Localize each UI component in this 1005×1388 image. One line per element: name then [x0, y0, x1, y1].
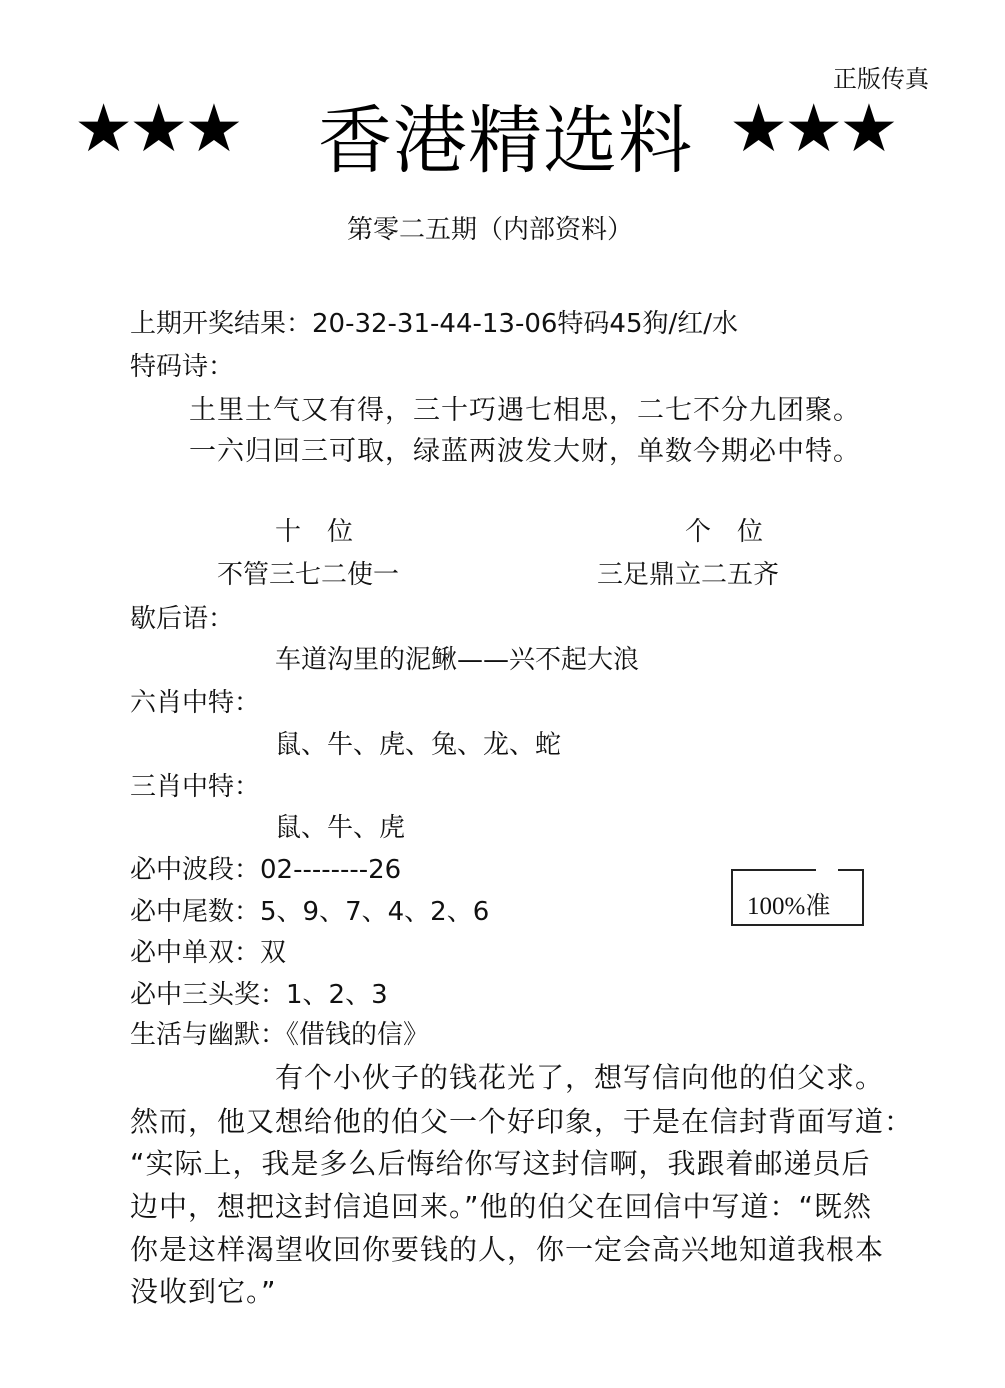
top3-pick: 必中三头奖：1、2、3 — [130, 982, 388, 1008]
poem-line-2: 一六归回三可取，绿蓝两波发大财，单数今期必中特。 — [189, 438, 861, 465]
tail-pick: 必中尾数：5、9、7、4、2、6 — [130, 899, 489, 925]
poem-line-1: 土里土气又有得，三十巧遇七相思，二七不分九团聚。 — [189, 397, 861, 424]
accuracy-badge-text: 100%准 — [747, 894, 830, 919]
story-line-4: 边中，想把这封信追回来。”他的伯父在回信中写道：“既然 — [130, 1193, 872, 1221]
issue-subtitle: 第零二五期（内部资料） — [347, 217, 633, 243]
units-label: 个 位 — [685, 519, 763, 545]
xiehouyu-label: 歇后语： — [130, 606, 234, 632]
last-draw-result: 上期开奖结果：20-32-31-44-13-06特码45狗/红/水 — [130, 311, 738, 337]
xiehouyu-text: 车道沟里的泥鳅——兴不起大浪 — [275, 647, 639, 673]
six-zodiac-label: 六肖中特： — [130, 690, 260, 716]
story-line-3: “实际上，我是多么后悔给你写这封信啊，我跟着邮递员后 — [130, 1150, 871, 1178]
three-zodiac-values: 鼠、牛、虎 — [275, 815, 405, 841]
story-line-5: 你是这样渴望收回你要钱的人，你一定会高兴地知道我根本 — [130, 1236, 884, 1264]
tens-label: 十 位 — [275, 519, 353, 545]
wave-pick: 必中波段：02--------26 — [130, 857, 401, 883]
odd-even-pick: 必中单双：双 — [130, 940, 286, 966]
humor-title: 生活与幽默：《借钱的信》 — [130, 1022, 429, 1048]
accuracy-badge: 100%准 — [731, 869, 864, 926]
stars-left-icon: ★★★ — [74, 96, 240, 162]
six-zodiac-values: 鼠、牛、虎、兔、龙、蛇 — [275, 732, 561, 758]
three-zodiac-label: 三肖中特： — [130, 774, 260, 800]
story-line-2: 然而，他又想给他的伯父一个好印象，于是在信封背面写道： — [130, 1108, 913, 1136]
units-hint: 三足鼎立二五齐 — [597, 562, 779, 588]
stars-right-icon: ★★★ — [729, 96, 895, 162]
story-line-6: 没收到它。” — [130, 1278, 277, 1306]
poem-label: 特码诗： — [130, 354, 234, 380]
corner-label: 正版传真 — [833, 67, 929, 91]
story-line-1: 有个小伙子的钱花光了，想写信向他的伯父求。 — [275, 1064, 884, 1092]
tens-hint: 不管三七二使一 — [217, 562, 399, 588]
page-title: 香港精选料 — [318, 104, 693, 178]
